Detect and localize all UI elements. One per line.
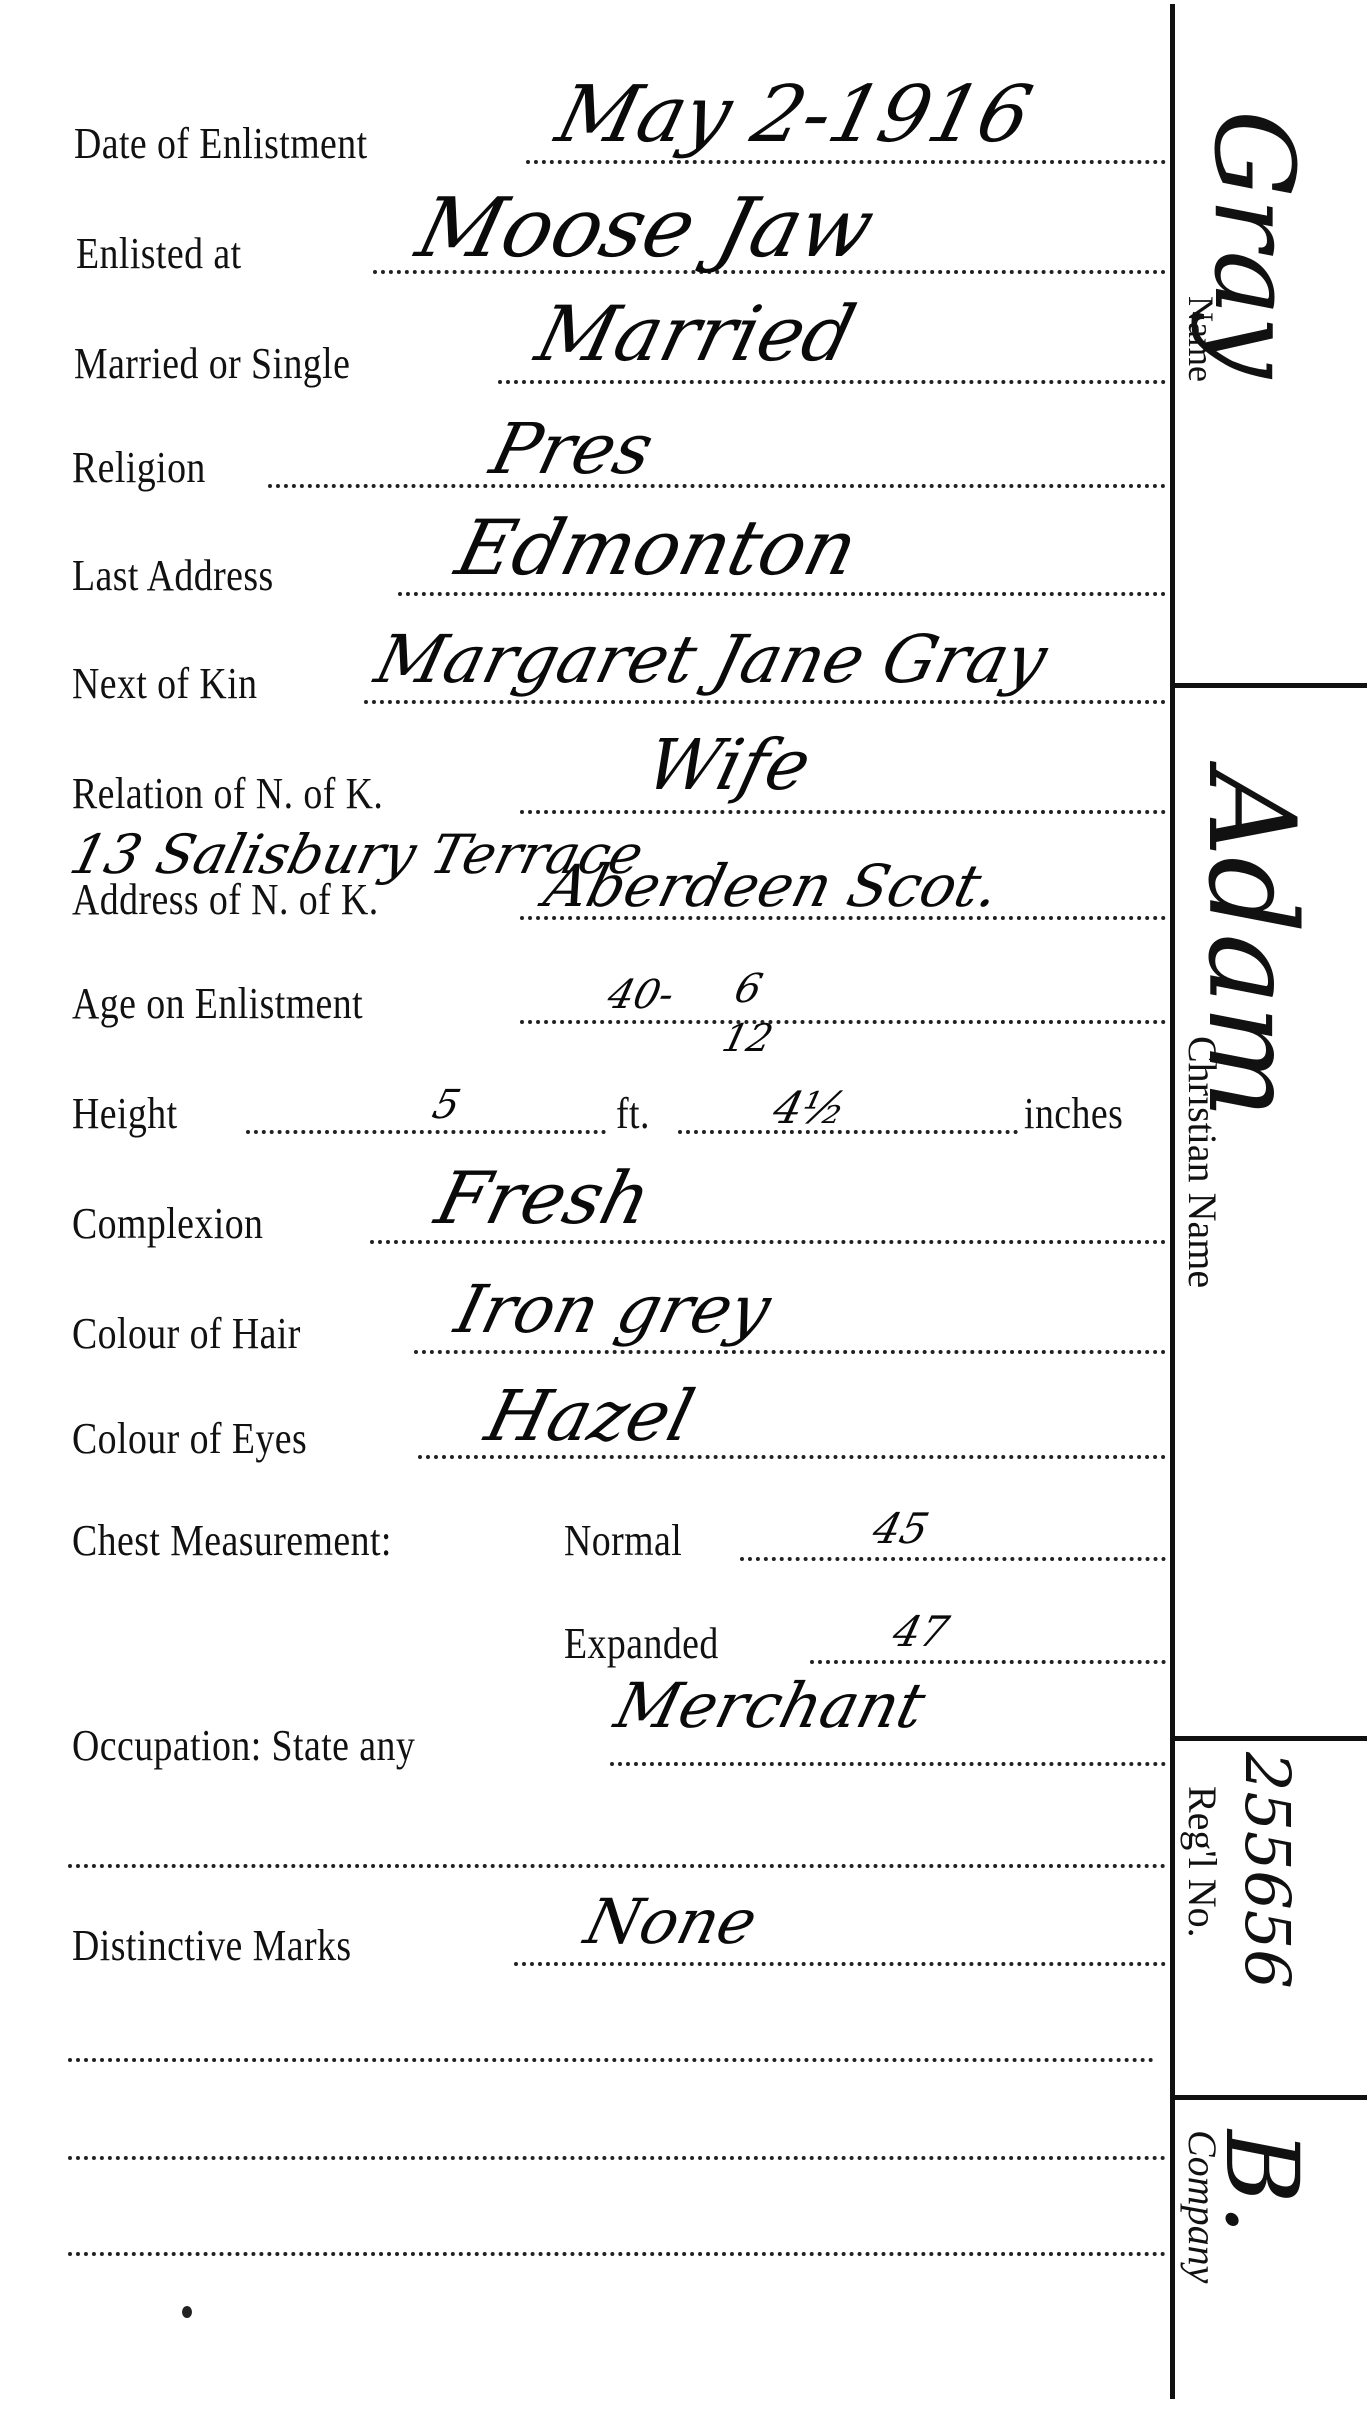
fill-line: [678, 1130, 1018, 1134]
row-chest-normal: Chest Measurement: Normal 45: [68, 1507, 1166, 1567]
fill-line: [740, 1557, 1166, 1561]
field-label: Relation of N. of K.: [72, 772, 383, 816]
field-label: Colour of Eyes: [72, 1417, 307, 1461]
row-blank-2: [68, 2106, 1166, 2166]
fill-line: [68, 2058, 1154, 2062]
row-height: Height 5 ft. 4½ inches: [68, 1080, 1166, 1140]
field-value: Fresh: [428, 1156, 659, 1240]
chest-normal-value: 45: [868, 1504, 934, 1553]
sidebar-regl-no-value: 255656: [1231, 1752, 1304, 1989]
fill-line: [810, 1660, 1166, 1664]
field-label: Chest Measurement:: [72, 1519, 392, 1563]
row-married-or-single: Married or Single Married: [68, 330, 1166, 390]
row-enlisted-at: Enlisted at Moose Jaw: [68, 220, 1166, 280]
height-feet-unit: ft.: [616, 1092, 650, 1136]
chest-expanded-value: 47: [888, 1607, 954, 1656]
field-value: Pres: [483, 408, 661, 490]
fill-line: [610, 1762, 1166, 1766]
field-label: Enlisted at: [76, 232, 242, 276]
field-value: Hazel: [478, 1375, 702, 1457]
row-chest-expanded: Expanded 47: [68, 1610, 1166, 1670]
field-label: Occupation: State any: [72, 1724, 415, 1768]
fill-line: [370, 1240, 1166, 1244]
age-fraction-num: 6: [730, 966, 767, 1012]
fill-line: [398, 592, 1166, 596]
row-blank-3: [68, 2202, 1166, 2262]
field-value: Margaret Jane Gray: [368, 621, 1055, 698]
row-relation-of-nok: Relation of N. of K. Wife: [68, 760, 1166, 820]
field-value: Married: [528, 289, 864, 378]
row-occupation: Occupation: State any Merchant: [68, 1712, 1166, 1772]
row-colour-of-hair: Colour of Hair Iron grey: [68, 1300, 1166, 1360]
sidebar-regl-no-label: Reg'l No.: [1179, 1786, 1226, 1938]
height-inches-unit: inches: [1024, 1092, 1123, 1136]
sidebar-name-value: Gray: [1190, 110, 1318, 378]
field-value: Wife: [638, 724, 819, 806]
fill-line: [526, 160, 1166, 164]
fill-line: [414, 1350, 1166, 1354]
ink-speck: [182, 2306, 192, 2318]
sidebar-company-value: B.: [1203, 2130, 1320, 2235]
attestation-card: Date of Enlistment May 2-1916 Enlisted a…: [0, 0, 1372, 2409]
sidebar-divider-regl-no: [1175, 2095, 1367, 2100]
row-religion: Religion Pres: [68, 434, 1166, 494]
row-last-address: Last Address Edmonton: [68, 542, 1166, 602]
row-next-of-kin: Next of Kin Margaret Jane Gray: [68, 650, 1166, 710]
fill-line: [364, 700, 1166, 704]
field-label: Address of N. of K.: [72, 878, 379, 922]
fill-line: [520, 810, 1166, 814]
fill-line: [520, 1020, 1166, 1024]
row-age-on-enlistment: Age on Enlistment 40- 6 12: [68, 970, 1166, 1030]
field-label: Religion: [72, 446, 206, 490]
field-value: May 2-1916: [548, 70, 1040, 160]
fill-line: [514, 1962, 1166, 1966]
field-label: Complexion: [72, 1202, 263, 1246]
field-label: Next of Kin: [72, 662, 257, 706]
row-date-of-enlistment: Date of Enlistment May 2-1916: [68, 110, 1166, 170]
field-value: None: [578, 1885, 764, 1958]
row-colour-of-eyes: Colour of Eyes Hazel: [68, 1405, 1166, 1465]
sidebar-divider-name: [1175, 683, 1367, 688]
field-label: Age on Enlistment: [72, 982, 363, 1026]
field-label: Colour of Hair: [72, 1312, 301, 1356]
age-years: 40-: [603, 972, 679, 1018]
field-value-line2: Aberdeen Scot.: [538, 852, 1006, 920]
field-label: Distinctive Marks: [72, 1924, 352, 1968]
sidebar-divider-christian-name: [1175, 1736, 1367, 1741]
fill-line: [68, 2156, 1166, 2160]
field-value: Iron grey: [448, 1271, 778, 1348]
field-value: Moose Jaw: [408, 181, 883, 276]
field-value: Merchant: [608, 1669, 932, 1742]
fill-line: [68, 1864, 1166, 1868]
field-label: Last Address: [72, 554, 274, 598]
row-occupation-blank: [68, 1814, 1166, 1874]
row-blank-1: [68, 2008, 1166, 2068]
fill-line: [268, 484, 1166, 488]
row-distinctive-marks: Distinctive Marks None: [68, 1912, 1166, 1972]
field-label: Date of Enlistment: [74, 122, 368, 166]
row-address-of-nok: 13 Salisbury Terrace Address of N. of K.…: [68, 866, 1166, 926]
field-value: Edmonton: [448, 503, 866, 592]
chest-expanded-label: Expanded: [564, 1622, 719, 1666]
sidebar-divider-vertical: [1170, 4, 1175, 2399]
chest-normal-label: Normal: [564, 1519, 682, 1563]
fill-line: [498, 380, 1166, 384]
fill-line: [246, 1130, 606, 1134]
sidebar-christian-name-value: Adam: [1181, 770, 1320, 1119]
field-label: Height: [72, 1092, 178, 1136]
row-complexion: Complexion Fresh: [68, 1190, 1166, 1250]
age-fraction-den: 12: [718, 1016, 777, 1060]
fill-line: [68, 2252, 1166, 2256]
height-feet: 5: [428, 1082, 465, 1128]
field-label: Married or Single: [74, 342, 350, 386]
height-inches: 4½: [768, 1083, 851, 1134]
